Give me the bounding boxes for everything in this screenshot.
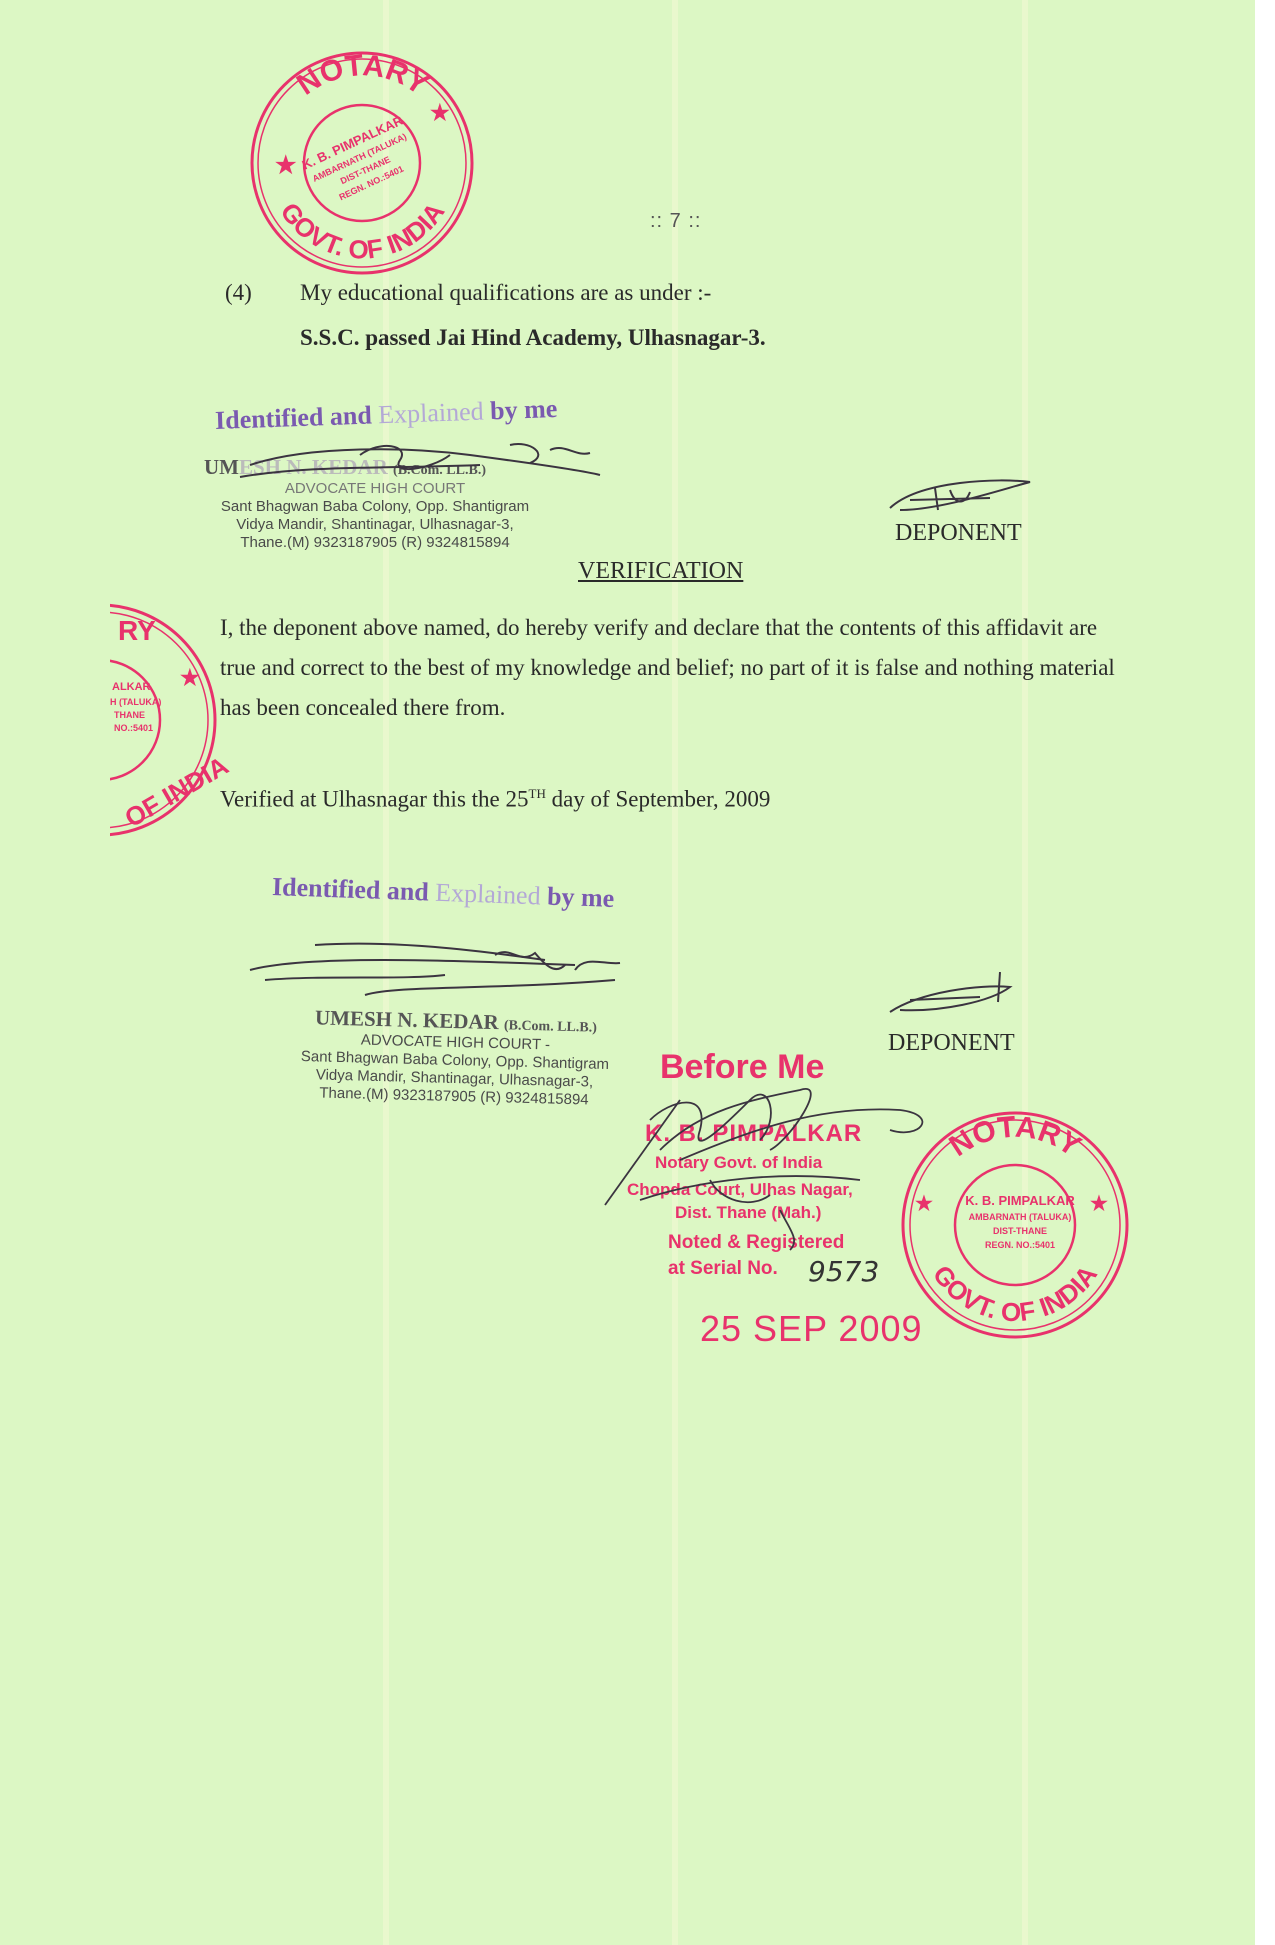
deponent-signature-bottom (880, 972, 1020, 1022)
svg-text:NOTARY: NOTARY (291, 49, 434, 102)
paragraph-text: My educational qualifications are as und… (300, 280, 711, 306)
date-stamp: 25 SEP 2009 (700, 1308, 923, 1350)
deponent-signature-top (880, 470, 1040, 525)
svg-text:H (TALUKA): H (TALUKA) (110, 697, 161, 707)
paper-edge (1255, 0, 1275, 1945)
svg-text:★: ★ (180, 665, 200, 690)
advocate-stamp-bottom: UMESH N. KEDAR (B.Com. LL.B.) ADVOCATE H… (264, 1007, 646, 1111)
paper-stripe (1022, 0, 1028, 1945)
svg-text:REGN. NO.:5401: REGN. NO.:5401 (985, 1240, 1055, 1250)
svg-text:RY: RY (118, 615, 156, 646)
verification-title: VERIFICATION (578, 558, 743, 585)
deponent-label-bottom: DEPONENT (888, 1030, 1015, 1057)
svg-text:THANE: THANE (114, 710, 145, 720)
identified-stamp-bottom: Identified and Explained by me (272, 872, 615, 914)
page-number: :: 7 :: (650, 210, 701, 233)
svg-text:★: ★ (430, 100, 450, 125)
svg-text:★: ★ (915, 1193, 933, 1215)
advocate-signature-bottom (245, 935, 635, 1005)
identified-stamp-top: Identified and Explained by me (215, 394, 558, 436)
svg-text:NOTARY: NOTARY (944, 1111, 1087, 1164)
svg-text:★: ★ (1090, 1193, 1108, 1215)
notary-seal-partial: RY ★ ALKAR H (TALUKA) THANE NO.:5401 OF … (110, 600, 230, 840)
svg-text:AMBARNATH (TALUKA): AMBARNATH (TALUKA) (969, 1212, 1072, 1222)
verification-date: Verified at Ulhasnagar this the 25TH day… (220, 786, 770, 813)
registered-line-2: at Serial No. (668, 1258, 778, 1280)
svg-text:DIST-THANE: DIST-THANE (993, 1226, 1047, 1236)
svg-text:K. B. PIMPALKAR: K. B. PIMPALKAR (965, 1193, 1075, 1208)
svg-text:NO.:5401: NO.:5401 (114, 723, 153, 733)
svg-text:★: ★ (275, 152, 297, 179)
notary-seal-bottom: NOTARY GOVT. OF INDIA ★ ★ K. B. PIMPALKA… (895, 1110, 1135, 1340)
qualification-text: S.S.C. passed Jai Hind Academy, Ulhasnag… (300, 325, 766, 351)
notary-seal-top: NOTARY GOVT. OF INDIA ★ ★ K. B. PIMPALKA… (245, 48, 480, 278)
verification-body: I, the deponent above named, do hereby v… (220, 608, 1130, 728)
svg-text:ALKAR: ALKAR (112, 681, 151, 693)
svg-text:OF INDIA: OF INDIA (120, 750, 230, 833)
deponent-label-top: DEPONENT (895, 520, 1022, 547)
advocate-signature-top (230, 435, 610, 495)
paragraph-number: (4) (225, 280, 252, 306)
